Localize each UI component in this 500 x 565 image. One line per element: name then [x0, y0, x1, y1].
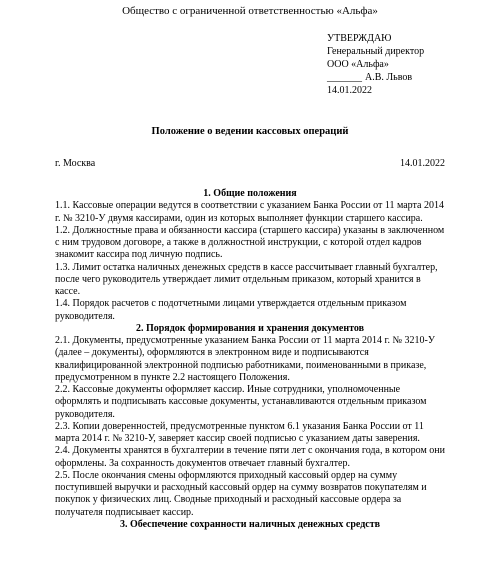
section-heading: 1. Общие положения: [55, 188, 445, 200]
place-date-row: г. Москва 14.01.2022: [55, 158, 445, 170]
paragraph: 2.2. Кассовые документы оформляет кассир…: [55, 384, 445, 421]
signature-line: _______: [327, 72, 362, 83]
paragraph: 1.3. Лимит остатка наличных денежных сре…: [55, 262, 445, 299]
document-content: Общество с ограниченной ответственностью…: [55, 0, 445, 531]
signature-row: _______А.В. Львов: [327, 71, 445, 84]
approval-block: УТВЕРЖДАЮ Генеральный директор ООО «Альф…: [327, 32, 445, 97]
approver-name: А.В. Львов: [365, 72, 412, 83]
document-page: Общество с ограниченной ответственностью…: [0, 0, 500, 565]
approver-org: ООО «Альфа»: [327, 58, 445, 71]
paragraph: 1.2. Должностные права и обязанности кас…: [55, 225, 445, 262]
paragraph: 2.4. Документы хранятся в бухгалтерии в …: [55, 445, 445, 470]
section-heading: 3. Обеспечение сохранности наличных дене…: [55, 519, 445, 531]
date-label: 14.01.2022: [400, 158, 445, 170]
paragraph: 1.4. Порядок расчетов с подотчетными лиц…: [55, 298, 445, 323]
section-heading: 2. Порядок формирования и хранения докум…: [55, 323, 445, 335]
paragraph: 2.5. После окончания смены оформляются п…: [55, 470, 445, 519]
company-name: Общество с ограниченной ответственностью…: [55, 0, 445, 18]
document-body: 1. Общие положения1.1. Кассовые операции…: [55, 188, 445, 531]
approver-title: Генеральный директор: [327, 45, 445, 58]
paragraph: 2.1. Документы, предусмотренные указание…: [55, 335, 445, 384]
approval-date: 14.01.2022: [327, 84, 445, 97]
document-title: Положение о ведении кассовых операций: [55, 125, 445, 138]
paragraph: 1.1. Кассовые операции ведутся в соответ…: [55, 200, 445, 225]
place-label: г. Москва: [55, 158, 95, 170]
paragraph: 2.3. Копии доверенностей, предусмотренны…: [55, 421, 445, 446]
approval-stamp: УТВЕРЖДАЮ: [327, 32, 445, 45]
